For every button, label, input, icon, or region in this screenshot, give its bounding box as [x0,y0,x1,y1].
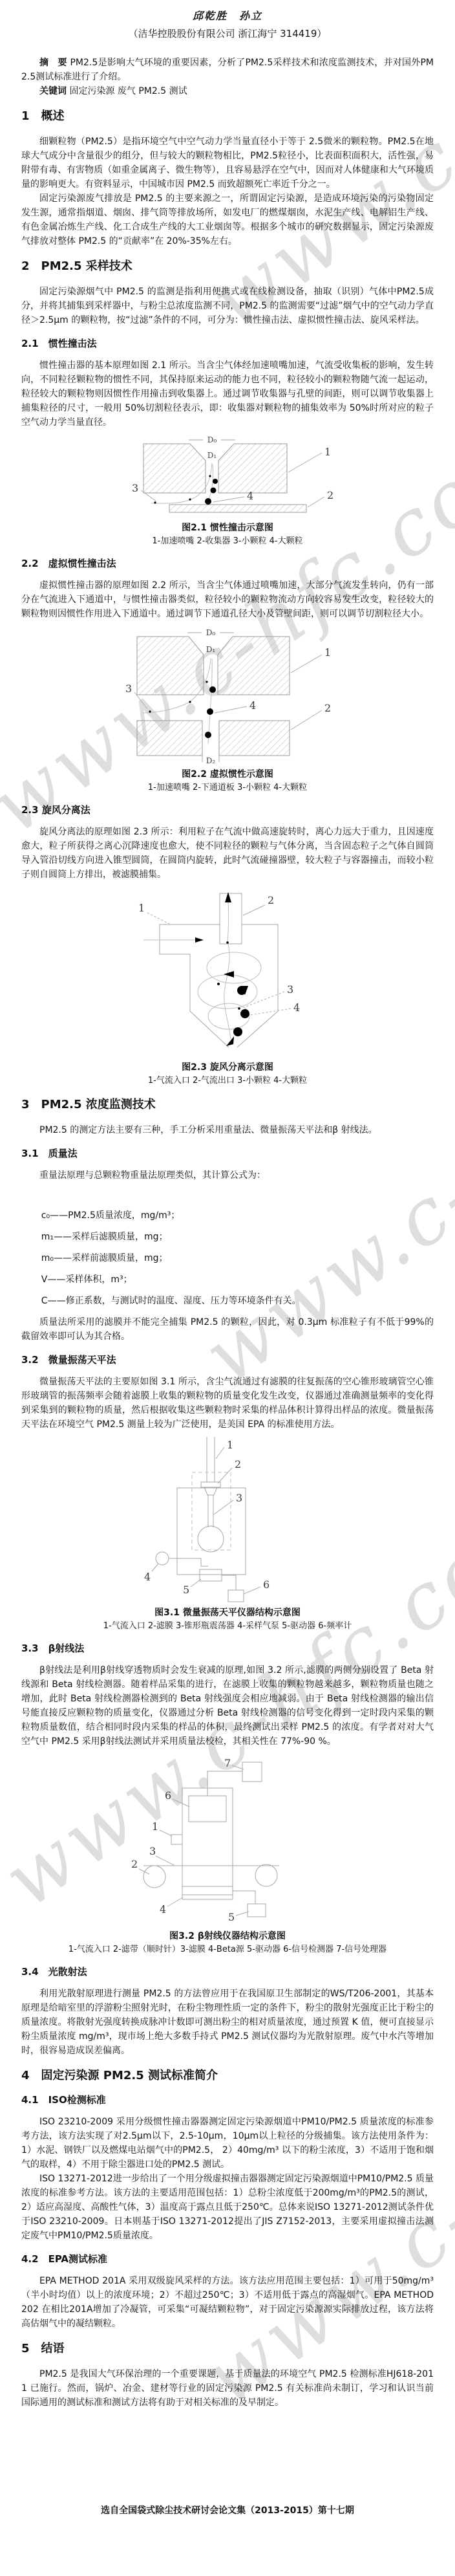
figure-label: D₂ [206,756,216,765]
figure-2-1: D₀ D₁ 1 2 3 4 [21,435,434,547]
abstract-paragraph: 摘 要 PM2.5是影响大气环境的重要因素，分析了PM2.5采样技术和浓度监测技… [21,56,434,84]
figure-2-2: D₀ D₁ D₂ 1 2 [21,626,434,794]
figure-label: 4 [160,1903,166,1916]
figure-2-2-caption: 图2.2 虚拟惯性示意图 [21,768,434,781]
section-2-heading: 2 PM2.5 采样技术 [21,259,434,274]
figure-label: 7 [224,1757,231,1769]
section-3-1-paragraph-1: 重量法原理与总颗粒物重量法原理类似，其计算公式为： [21,1168,434,1183]
section-4-1-paragraph-2: ISO 13271-2012进一步给出了一个用分级虚拟撞击器器测定固定污染源烟道… [21,2172,434,2243]
section-4-1-paragraph-1: ISO 23210-2009 采用分级惯性撞击器器测定固定污染源烟道中PM10/… [21,2115,434,2172]
figure-2-2-diagram: D₀ D₁ D₂ 1 2 [118,626,337,765]
authors: 邱乾胜 孙立 [21,9,434,23]
section-4-heading: 4 固定污染源 PM2.5 测试标准简介 [21,2068,434,2084]
section-1-paragraph-2: 固定污染源废气排放是 PM2.5 的主要来源之一，所谓固定污染源，是造成环境污染… [21,191,434,248]
figure-label: 3 [125,682,132,695]
section-5-heading: 5 结语 [21,2341,434,2357]
variable-definition: c₀——PM2.5质量浓度，mg/m³； [41,1208,434,1223]
keywords-text: 固定污染源 废气 PM2.5 测试 [67,86,187,96]
figure-2-3-caption: 图2.3 旋风分离示意图 [21,1061,434,1074]
figure-label: 3 [132,482,138,494]
section-3-2-heading: 3.2 微量振荡天平法 [21,1354,434,1366]
figure-label: 6 [165,1789,171,1802]
section-4-2-paragraph-1: EPA METHOD 201A 采用双级旋风采样的方法。该方法应用范围主要包括：… [21,2274,434,2331]
variable-definitions: c₀——PM2.5质量浓度，mg/m³； m₁——采样后滤膜质量，mg； m₀—… [21,1208,434,1308]
section-3-4-heading: 3.4 光散射法 [21,1966,434,1978]
abstract-label: 摘 要 [39,58,67,68]
figure-label: 2 [327,489,333,501]
figure-label: D₁ [206,645,215,654]
figure-3-2-legend: 1-气流入口 2-滤带（顺时针）3-滤膜 4-Beta源 5-驱动器 6-信号检… [21,1944,434,1956]
section-4-1-heading: 4.1 ISO检测标准 [21,2094,434,2106]
section-1-heading: 1 概述 [21,109,434,124]
figure-label: 2 [235,1458,241,1470]
figure-2-3: 1 2 3 4 图2.3 旋风分离示意图 1-气流入口 2-气流出口 3-小颗粒… [21,887,434,1087]
figure-3-1-diagram: 1 2 3 4 5 6 [134,1437,321,1604]
variable-definition: C——修正系数，与测试时的温度、湿度、压力等环境条件有关。 [41,1294,434,1308]
section-3-1-heading: 3.1 质量法 [21,1148,434,1159]
figure-2-3-diagram: 1 2 3 4 [131,887,324,1058]
variable-definition: m₀——采样前滤膜质量，mg； [41,1251,434,1265]
figure-label: 1 [324,446,331,458]
figure-label: 5 [183,1584,189,1596]
section-3-paragraph-1: PM2.5 的测定方法主要有三种，手工分析采用重量法、微量振荡天平法和β 射线法… [21,1123,434,1137]
variable-definition: m₁——采样后滤膜质量，mg； [41,1230,434,1244]
figure-label: 1 [138,902,145,914]
affiliation: （洁华控股股份有限公司 浙江海宁 314419） [21,27,434,40]
figure-2-2-legend: 1-加速喷嘴 2-下通道板 3-小颗粒 4-大颗粒 [21,782,434,794]
figure-2-3-legend: 1-气流入口 2-气流出口 3-小颗粒 4-大颗粒 [21,1075,434,1087]
figure-label: 4 [247,490,253,502]
variable-definition: V——采样体积，m³； [41,1272,434,1287]
section-3-4-paragraph-1: 利用光散射原理进行测量 PM2.5 的方法曾应用于在我国原卫生部制定的WS/T2… [21,1987,434,2058]
figure-label: 4 [293,1001,300,1014]
section-2-3-heading: 2.3 旋风分离法 [21,804,434,816]
section-2-3-paragraph-1: 旋风分离法的原理如图 2.3 所示：利用粒子在气流中做高速旋转时，离心力远大于重… [21,825,434,882]
section-1-paragraph-1: 细颗粒物（PM2.5）是指环境空气中空气动力学当量直径小于等于 2.5微米的颗粒… [21,135,434,191]
figure-label: 1 [324,646,331,659]
section-2-2-paragraph-1: 虚拟惯性撞击器的原理如图 2.2 所示，当含尘气体通过喷嘴加速，大部分气流发生转… [21,578,434,621]
section-2-paragraph-1: 固定污染源烟气中 PM2.5 的监测是指利用便携式或在线检测设备，抽取（识别）气… [21,285,434,327]
figure-label: D₀ [206,628,216,637]
keywords-label: 关键词 [39,86,67,96]
figure-label: 3 [236,1492,242,1504]
figure-label: D₀ [207,435,217,444]
figure-label: 5 [228,1911,235,1923]
section-3-3-paragraph-1: β射线法是利用β射线穿透物质时会发生衰减的原理,如图 3.2 所示,滤膜的两侧分… [21,1663,434,1749]
document-page: www.c-hfc.com www.c-hfc.com www.c-hfc.co… [0,0,455,2576]
figure-2-1-legend: 1-加速喷嘴 2-收集器 3-小颗粒 4-大颗粒 [21,536,434,547]
figure-label: 4 [249,699,256,712]
section-3-1-paragraph-2: 质量法所采用的滤膜并不能完全捕集 PM2.5 的颗粒，因此，对 0.3μm 标准… [21,1315,434,1344]
section-4-2-heading: 4.2 EPA测试标准 [21,2253,434,2265]
figure-3-1-caption: 图3.1 微量振荡天平仪器结构示意图 [21,1606,434,1619]
formula-placeholder [21,1183,434,1199]
figure-label: 3 [287,983,293,996]
figure-3-1-legend: 1-气流入口 2-滤膜 3-锥形瓶震荡器 4-采样气泵 5-驱动器 6-频率计 [21,1621,434,1632]
section-3-heading: 3 PM2.5 浓度监测技术 [21,1097,434,1113]
figure-label: 4 [144,1571,151,1583]
figure-label: 6 [263,1578,270,1591]
figure-label: 1 [152,1820,158,1833]
section-2-1-heading: 2.1 惯性撞击法 [21,338,434,349]
abstract-text: PM2.5是影响大气环境的重要因素，分析了PM2.5采样技术和浓度监测技术，并对… [21,58,434,82]
figure-label: 2 [131,1858,138,1870]
figure-label: 2 [324,702,331,714]
section-2-2-heading: 2.2 虚拟惯性撞击法 [21,558,434,569]
figure-2-1-diagram: D₀ D₁ 1 2 3 4 [118,435,337,519]
section-2-1-paragraph-1: 惯性撞击器的基本原理如图 2.1 所示。当含尘气体经加速喷嘴加速，气流受收集板的… [21,358,434,430]
figure-2-1-caption: 图2.1 惯性撞击示意图 [21,521,434,534]
figure-label: 1 [227,1439,233,1451]
paper-content: 邱乾胜 孙立 （洁华控股股份有限公司 浙江海宁 314419） 摘 要 PM2.… [0,0,455,2410]
keywords-line: 关键词 固定污染源 废气 PM2.5 测试 [21,84,434,98]
figure-3-2: 7 6 1 2 3 4 5 [21,1754,434,1956]
section-3-2-paragraph-1: 微量振荡天平法的主要原如图 3.1 所示，含尘气流通过有滤膜的往复振荡的空心锥形… [21,1375,434,1432]
section-3-3-heading: 3.3 β射线法 [21,1643,434,1654]
figure-label: 2 [268,894,274,906]
figure-3-2-diagram: 7 6 1 2 3 4 5 [127,1754,328,1927]
figure-label: 3 [149,1845,156,1857]
source-footnote: 选自全国袋式除尘技术研讨会论文集（2013-2015）第十七期 [0,2504,455,2516]
figure-3-1: 1 2 3 4 5 6 图3.1 微量振荡天平仪器结构示意图 1-气流入口 2-… [21,1437,434,1632]
section-5-paragraph-1: PM2.5 是我国大气环保治理的一个重要课题，基于质量法的环境空气 PM2.5 … [21,2367,434,2410]
figure-3-2-caption: 图3.2 β射线仪器结构示意图 [21,1930,434,1943]
figure-label: D₁ [207,451,217,460]
